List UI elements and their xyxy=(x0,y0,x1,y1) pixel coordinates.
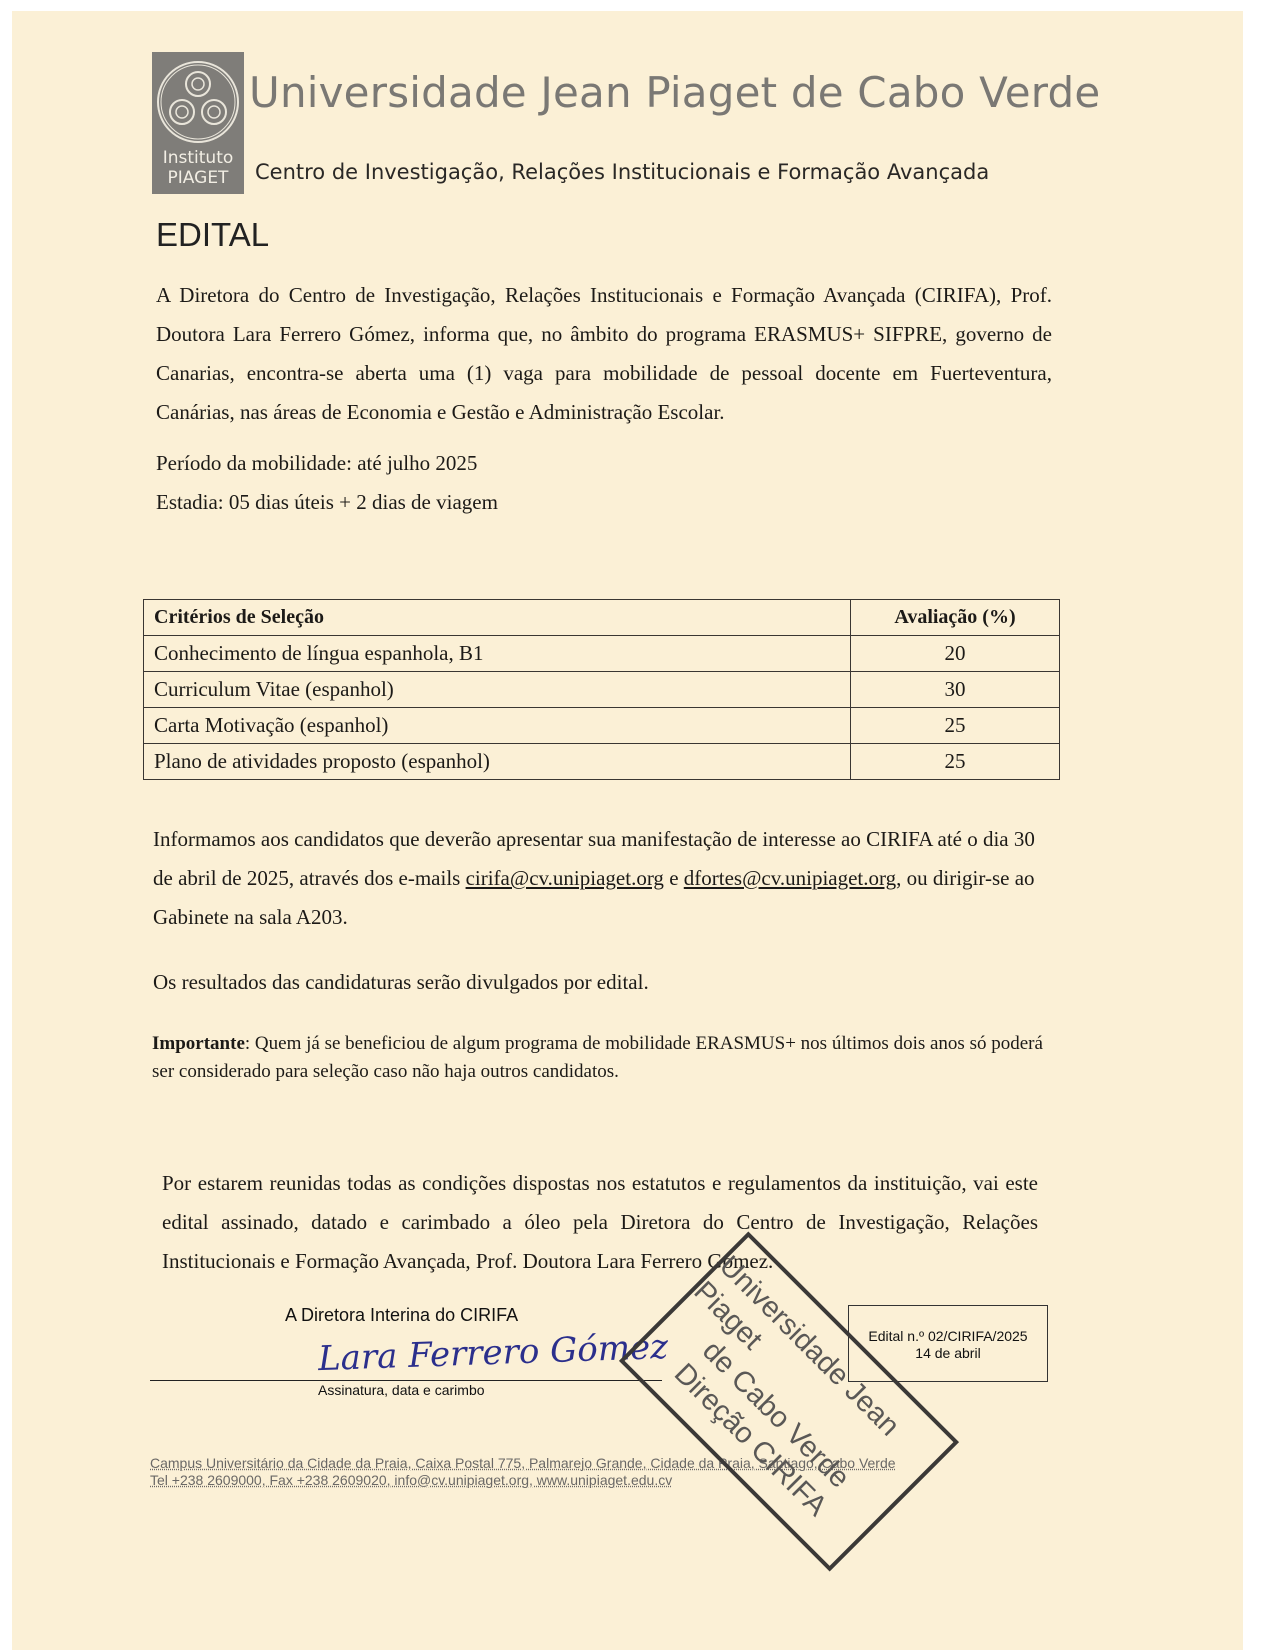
footer-line-2: Tel +238 2609000, Fax +238 2609020, info… xyxy=(150,1472,672,1488)
weight-cell: 20 xyxy=(851,636,1060,672)
email-link-cirifa[interactable]: cirifa@cv.unipiaget.org xyxy=(466,866,664,890)
criterion-cell: Carta Motivação (espanhol) xyxy=(144,708,851,744)
weight-cell: 25 xyxy=(851,708,1060,744)
institute-logo: Instituto PIAGET xyxy=(152,52,244,194)
intro-paragraph: A Diretora do Centro de Investigação, Re… xyxy=(156,276,1052,432)
document-title: EDITAL xyxy=(156,216,269,254)
criterion-cell: Curriculum Vitae (espanhol) xyxy=(144,672,851,708)
center-name: Centro de Investigação, Relações Institu… xyxy=(255,160,989,184)
important-label: Importante xyxy=(152,1033,245,1054)
table-row: Conhecimento de língua espanhola, B1 20 xyxy=(144,636,1060,672)
mobility-stay: Estadia: 05 dias úteis + 2 dias de viage… xyxy=(156,490,498,515)
table-header-row: Critérios de Seleção Avaliação (%) xyxy=(144,600,1060,636)
edital-date: 14 de abril xyxy=(849,1345,1047,1362)
weight-cell: 25 xyxy=(851,744,1060,780)
logo-text-piaget: PIAGET xyxy=(152,168,244,188)
edital-number: Edital n.º 02/CIRIFA/2025 xyxy=(849,1328,1047,1345)
mobility-period: Período da mobilidade: até julho 2025 xyxy=(156,451,477,476)
signatory-role: A Diretora Interina do CIRIFA xyxy=(285,1305,518,1326)
logo-text-instituto: Instituto xyxy=(152,148,244,168)
table-row: Plano de atividades proposto (espanhol) … xyxy=(144,744,1060,780)
university-name: Universidade Jean Piaget de Cabo Verde xyxy=(249,68,1100,117)
table-row: Curriculum Vitae (espanhol) 30 xyxy=(144,672,1060,708)
closing-paragraph: Por estarem reunidas todas as condições … xyxy=(162,1164,1038,1281)
weight-cell: 30 xyxy=(851,672,1060,708)
weight-header: Avaliação (%) xyxy=(851,600,1060,636)
table-row: Carta Motivação (espanhol) 25 xyxy=(144,708,1060,744)
triskelion-icon xyxy=(152,56,244,148)
signature-caption: Assinatura, data e carimbo xyxy=(318,1382,485,1398)
selection-criteria-table: Critérios de Seleção Avaliação (%) Conhe… xyxy=(143,599,1060,780)
application-paragraph: Informamos aos candidatos que deverão ap… xyxy=(153,820,1053,937)
criterion-cell: Plano de atividades proposto (espanhol) xyxy=(144,744,851,780)
criterion-cell: Conhecimento de língua espanhola, B1 xyxy=(144,636,851,672)
important-notice: Importante: Quem já se beneficiou de alg… xyxy=(152,1030,1057,1086)
important-text: : Quem já se beneficiou de algum program… xyxy=(152,1033,1043,1082)
criteria-header: Critérios de Seleção xyxy=(144,600,851,636)
results-notice: Os resultados das candidaturas serão div… xyxy=(153,970,649,995)
email-link-dfortes[interactable]: dfortes@cv.unipiaget.org xyxy=(684,866,896,890)
signature-line xyxy=(150,1380,662,1381)
application-text-between: e xyxy=(664,866,684,890)
